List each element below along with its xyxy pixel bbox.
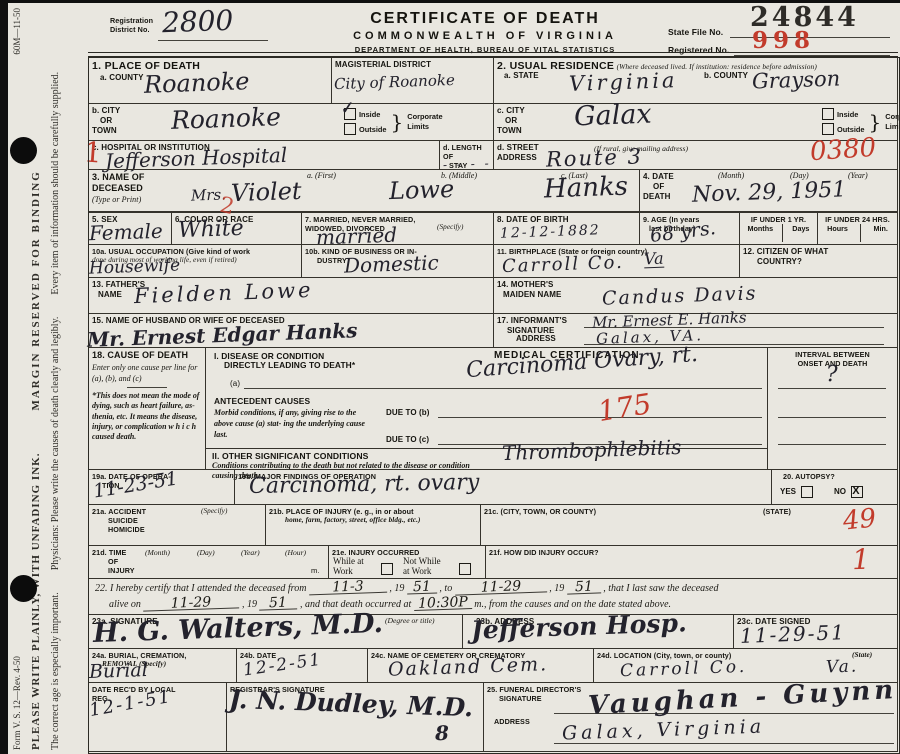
- first-name-value: Violet: [231, 179, 302, 205]
- marital-specify: (Specify): [437, 223, 463, 232]
- res-corporate-label: Corporate: [885, 112, 900, 121]
- corporate-label: Corporate: [407, 112, 442, 121]
- autopsy-no-label: NO: [834, 487, 846, 496]
- residence-county-value: Grayson: [752, 68, 841, 92]
- field-date-signed: 23c. DATE SIGNED 11-29-51: [733, 614, 898, 649]
- business-value: Domestic: [344, 252, 439, 275]
- margin-column-binding: PLEASE WRITE PLAINLY, WITH UNFADING INK.…: [30, 8, 42, 750]
- scanned-death-certificate: Form V. S. 12—Rev. 4-50 60M—11-50 PLEASE…: [0, 0, 900, 754]
- field-burial-date: 24b. DATE 12-2-51: [236, 648, 368, 683]
- field-injury-occurred: 21e. INJURY OCCURRED While at Work Not W…: [328, 545, 486, 579]
- certify-text-6: alive on: [109, 599, 141, 610]
- other-conditions-value: Thrombophlebitis: [502, 437, 682, 463]
- res-outside-checkbox: [822, 123, 834, 135]
- injury-state-label: (STATE): [763, 507, 791, 516]
- corporate-limits-cluster-residence: Inside Outside } Corporate Limits: [822, 108, 900, 135]
- time-injury-label-1: 21d. TIME: [92, 548, 126, 557]
- under24-hours: Hours: [827, 224, 848, 242]
- certify-from-value: 11-3: [309, 581, 387, 596]
- inside-checkmark: ✓: [339, 100, 354, 117]
- hospital-red-mark: 1: [83, 135, 103, 169]
- registration-district-value: 2800: [162, 7, 234, 37]
- field-magisterial-district: MAGISTERIAL DISTRICT City of Roanoke: [331, 57, 494, 104]
- age-value: 68 yrs.: [649, 219, 717, 246]
- under1-months: Months: [748, 224, 774, 242]
- brace-glyph: }: [391, 112, 404, 132]
- race-value: White: [178, 218, 244, 242]
- autopsy-no-checkbox: X: [851, 486, 863, 498]
- field-length-of-stay: d. LENGTH OF STAY - - - -: [439, 140, 494, 170]
- injury-city-label: 21c. (CITY, TOWN, OR COUNTY): [484, 507, 894, 516]
- field-sex: 5. SEX Female: [88, 212, 172, 245]
- residence-state-label: a. STATE: [504, 71, 539, 81]
- certify-time-value: 10:30P: [414, 597, 472, 611]
- certify-to-value: 11-29: [455, 580, 547, 595]
- how-injury-label: 21f. HOW DID INJURY OCCUR?: [489, 548, 894, 557]
- field-kind-of-business: 10b. KIND OF BUSINESS OR IN- DUSTRY Dome…: [301, 244, 494, 278]
- occupation-value: Housewife: [89, 257, 181, 277]
- field-husband-or-wife: 15. NAME OF HUSBAND OR WIFE OF DECEASED …: [88, 313, 494, 348]
- accident-label-2: SUICIDE: [108, 516, 262, 525]
- injury-code-stamp: 1: [852, 546, 871, 575]
- middle-name-value: Lowe: [389, 177, 455, 203]
- street-code-stamp: 0380: [809, 135, 877, 166]
- autopsy-no-x-mark: X: [852, 485, 859, 497]
- field-medical-certification: MEDICAL CERTIFICATION I. DISEASE OR COND…: [205, 347, 768, 470]
- dob-value: 12-12-1882: [500, 223, 601, 241]
- autopsy-yes-label: YES: [780, 487, 796, 496]
- field-physician-signature: 23a. SIGNATURE (Degree or title) H. G. W…: [88, 614, 463, 649]
- certificate-header: CERTIFICATE OF DEATH COMMONWEALTH OF VIR…: [340, 10, 630, 54]
- under24-title: IF UNDER 24 HRS.: [821, 215, 894, 224]
- certify-text-4: , 19: [549, 583, 564, 594]
- field-place-of-death-county: 1. PLACE OF DEATH a. COUNTY Roanoke: [88, 57, 332, 104]
- residence-county-label: b. COUNTY: [704, 71, 748, 81]
- field-cemetery: 24c. NAME OF CEMETERY OR CREMATORY Oakla…: [367, 648, 594, 683]
- cause-title: 18. CAUSE OF DEATH: [92, 350, 202, 361]
- certificate-title: CERTIFICATE OF DEATH: [340, 10, 630, 28]
- margin-correct-age: The correct age is especially important.: [50, 592, 61, 750]
- time-m-suffix: m.: [311, 566, 319, 575]
- certify-text-2: , 19: [389, 583, 404, 594]
- certify-text-7: , 19: [242, 599, 257, 610]
- margin-column-form-number: Form V. S. 12—Rev. 4-50 60M—11-50: [12, 8, 22, 750]
- field-if-under-1yr: IF UNDER 1 YR. Months Days: [739, 212, 818, 245]
- field-citizen-country: 12. CITIZEN OF WHAT COUNTRY?: [739, 244, 898, 278]
- residence-state-value: Virginia: [569, 70, 678, 95]
- time-month-label: (Month): [145, 548, 170, 557]
- margin-print-code: 60M—11-50: [12, 8, 22, 55]
- field-name-of-deceased: 3. NAME OF DECEASED (Type or Print) a. (…: [88, 169, 640, 212]
- registrar-signature-value: J. N. Dudley, M.D.: [229, 687, 474, 721]
- cause-note-2: *This does not mean the mode of dying, s…: [92, 391, 202, 442]
- section-ii-divider: [206, 448, 767, 449]
- certify-from-year: 51: [407, 581, 437, 594]
- field-burial: 24a. BURIAL, CREMATION, REMOVAL (Specify…: [88, 648, 237, 683]
- inside-label: Inside: [359, 110, 380, 119]
- informant-address-label: ADDRESS: [516, 334, 556, 344]
- not-while-work-label-1: Not While: [403, 556, 441, 566]
- field-date-of-operation: 19a. DATE OF OPERA- TION 11-23-51: [88, 469, 235, 505]
- field-how-injury-occurred: 21f. HOW DID INJURY OCCUR? 1: [485, 545, 898, 579]
- field-color-or-race: 6. COLOR OR RACE White: [171, 212, 302, 245]
- cause-code-stamp: 175: [596, 390, 653, 426]
- state-code-stamp: 49: [842, 505, 878, 534]
- funeral-address-value: Galax, Virginia: [562, 717, 766, 743]
- margin-physicians: Physicians: Please write the causes of d…: [50, 317, 61, 571]
- commonwealth-subtitle: COMMONWEALTH OF VIRGINIA: [340, 30, 630, 42]
- while-at-work-label-1: While at: [333, 556, 364, 566]
- not-while-work-label-2: at Work: [403, 566, 431, 576]
- hole-punch-bottom: [10, 575, 37, 602]
- registration-label-2: District No.: [110, 25, 153, 34]
- field-mothers-maiden-name: 14. MOTHER'S MAIDEN NAME Candus Davis: [493, 277, 898, 314]
- due-to-b-label: DUE TO (b): [386, 408, 430, 418]
- certify-text-9: m., from the causes and on the date stat…: [474, 599, 671, 610]
- disease-label-2: DIRECTLY LEADING TO DEATH*: [224, 360, 355, 371]
- sex-value: Female: [89, 221, 163, 244]
- field-age: 9. AGE (In years last birthday) 68 yrs.: [639, 212, 740, 245]
- time-year-label: (Year): [241, 548, 260, 557]
- autopsy-yes-checkbox: [801, 486, 813, 498]
- state-file-label: State File No.: [668, 27, 723, 38]
- degree-or-title-label: (Degree or title): [385, 616, 434, 625]
- margin-form-no: Form V. S. 12—Rev. 4-50: [12, 656, 22, 750]
- certify-alive-year: 51: [259, 597, 297, 611]
- accident-label-1: 21a. ACCIDENT: [92, 507, 146, 516]
- field-marital-status: 7. MARRIED, NEVER MARRIED, WIDOWED, DIVO…: [301, 212, 494, 245]
- under1-days: Days: [792, 224, 809, 242]
- magisterial-district-value: City of Roanoke: [334, 73, 455, 92]
- margin-column-instructions: The correct age is especially important.…: [50, 8, 61, 750]
- interval-label-1: INTERVAL BETWEEN: [771, 350, 894, 359]
- antecedent-label: ANTECEDENT CAUSES: [214, 396, 310, 407]
- res-outside-label: Outside: [837, 125, 865, 134]
- interval-value: ?: [826, 364, 839, 386]
- field-injury-city-state: 21c. (CITY, TOWN, OR COUNTY) (STATE) 49: [480, 504, 898, 546]
- dod-month-label: (Month): [718, 171, 744, 180]
- under24-min: Min.: [873, 224, 887, 242]
- field-date-received: DATE REC'D BY LOCAL REG. 12-1-51: [88, 682, 227, 752]
- time-day-label: (Day): [197, 548, 215, 557]
- certify-text-1: 22. I hereby certify that I attended the…: [95, 583, 306, 594]
- mother-value: Candus Davis: [602, 284, 758, 308]
- place-injury-label-2: home, farm, factory, street, office bldg…: [285, 516, 477, 525]
- field-usual-occupation: 10a. USUAL OCCUPATION (Give kind of work…: [88, 244, 302, 278]
- margin-every-item: Every item of information should be care…: [50, 72, 61, 295]
- corporate-limits-cluster-death: ✓ Inside Outside } Corporate Limits: [344, 108, 443, 135]
- res-brace-glyph: }: [869, 112, 882, 132]
- field-interval-onset-death: INTERVAL BETWEEN ONSET AND DEATH ?: [767, 347, 898, 470]
- cemetery-value: Oakland Cem.: [388, 655, 549, 680]
- citizen-label-2: COUNTRY?: [757, 257, 894, 267]
- line-a-tag: (a): [230, 379, 240, 389]
- registrar-extra-mark: 8: [435, 723, 450, 743]
- field-autopsy: 20. AUTOPSY? YES NO X: [771, 469, 898, 505]
- autopsy-label: 20. AUTOPSY?: [783, 472, 894, 481]
- county-value: Roanoke: [144, 69, 250, 97]
- field-time-of-injury: 21d. TIME (Month) (Day) (Year) (Hour) OF…: [88, 545, 329, 579]
- not-while-work-checkbox: [459, 563, 471, 575]
- outside-label: Outside: [359, 125, 387, 134]
- field-date-of-birth: 8. DATE OF BIRTH 12-12-1882: [493, 212, 640, 245]
- magisterial-district-label: MAGISTERIAL DISTRICT: [335, 60, 490, 70]
- last-name-value: Hanks: [544, 174, 629, 203]
- dod-value: Nov. 29, 1951: [692, 179, 847, 206]
- due-to-c-label: DUE TO (c): [386, 435, 429, 445]
- registered-number-stamp: 998: [752, 27, 815, 54]
- major-findings-value: Carcinoma, rt. ovary: [249, 472, 480, 498]
- field-place-of-injury: 21b. PLACE OF INJURY (e. g., in or about…: [265, 504, 481, 546]
- outside-checkbox: [344, 123, 356, 135]
- res-inside-checkbox: [822, 108, 834, 120]
- place-injury-label-1: 21b. PLACE OF INJURY (e. g., in or about: [269, 507, 477, 516]
- res-limits-label: Limits: [885, 122, 900, 131]
- time-injury-label-3: INJURY: [108, 566, 325, 575]
- res-inside-label: Inside: [837, 110, 858, 119]
- field-usual-residence: 2. USUAL RESIDENCE (Where deceased lived…: [493, 57, 898, 104]
- location-state-value: Va.: [826, 658, 859, 676]
- hospital-value: Jefferson Hospital: [105, 145, 288, 171]
- burial-label-1: 24a. BURIAL, CREMATION,: [92, 651, 233, 660]
- field-birthplace: 11. BIRTHPLACE (State or foreign country…: [493, 244, 740, 278]
- field-accident-suicide-homicide: 21a. ACCIDENT (Specify) SUICIDE HOMICIDE: [88, 504, 266, 546]
- certify-alive-value: 11-29: [143, 596, 239, 612]
- res-city-value: Galax: [574, 101, 653, 131]
- field-major-findings: 19b. MAJOR FINDINGS OF OPERATION Carcino…: [234, 469, 772, 505]
- time-hour-label: (Hour): [285, 548, 306, 557]
- physician-signature-value: H. G. Walters, M.D.: [93, 610, 384, 647]
- registration-label-1: Registration: [110, 16, 153, 25]
- location-value: Carroll Co.: [620, 659, 748, 680]
- burial-value: Burial: [89, 661, 148, 682]
- field-if-under-24hr: IF UNDER 24 HRS. Hours Min.: [817, 212, 898, 245]
- field-physician-address: 23b. ADDRESS Jefferson Hosp.: [462, 614, 734, 649]
- field-cause-of-death-notes: 18. CAUSE OF DEATH Enter only one cause …: [88, 347, 206, 470]
- morbid-note: Morbid conditions, if any, giving rise t…: [214, 408, 374, 440]
- time-injury-label-2: OF: [108, 557, 325, 566]
- field-hospital: c. HOSPITAL OR INSTITUTION Jefferson Hos…: [88, 140, 440, 170]
- margin-reserved-binding: MARGIN RESERVED FOR BINDING: [30, 170, 42, 410]
- while-at-work-checkbox: [381, 563, 393, 575]
- certify-text-3: , to: [439, 583, 452, 594]
- occupation-label-1: 10a. USUAL OCCUPATION (Give kind of work: [92, 247, 298, 256]
- cause-note-1: Enter only one cause per line for (a), (…: [92, 363, 202, 384]
- dod-year-label: (Year): [848, 171, 868, 180]
- birthplace-value: Carroll Co.: [502, 254, 624, 276]
- field-registrar-signature: REGISTRAR'S SIGNATURE J. N. Dudley, M.D.…: [226, 682, 484, 752]
- field-certify-statement: 22. I hereby certify that I attended the…: [88, 578, 898, 615]
- street-value: Route 3: [546, 146, 644, 170]
- field-city-or-town-death: b. CITY OR TOWN Roanoke ✓ Inside Outside…: [88, 103, 494, 141]
- birthplace-state-value: Va: [644, 251, 664, 269]
- certify-to-year: 51: [567, 581, 601, 594]
- while-at-work-label-2: Work: [333, 566, 353, 576]
- father-value: Fielden Lowe: [134, 280, 314, 307]
- funeral-address-label: ADDRESS: [494, 717, 530, 726]
- under1-title: IF UNDER 1 YR.: [743, 215, 814, 224]
- date-signed-value: 11-29-51: [740, 622, 847, 646]
- field-funeral-director: 25. FUNERAL DIRECTOR'S SIGNATURE Vaughan…: [483, 682, 898, 752]
- citizen-label-1: 12. CITIZEN OF WHAT: [743, 247, 894, 257]
- field-date-of-death: 4. DATE OF DEATH (Month) (Day) (Year) No…: [639, 169, 898, 212]
- field-street-address: d. STREET ADDRESS (If rural, give mailin…: [493, 140, 898, 170]
- hole-punch-top: [10, 137, 37, 164]
- certify-text-5: , that I last saw the deceased: [603, 583, 718, 594]
- accident-specify: (Specify): [201, 507, 227, 516]
- first-name-label: a. (First): [307, 171, 336, 180]
- field-fathers-name: 13. FATHER'S NAME Fielden Lowe: [88, 277, 494, 314]
- limits-label: Limits: [407, 122, 429, 131]
- margin-write-plainly: PLEASE WRITE PLAINLY, WITH UNFADING INK.: [30, 453, 42, 750]
- registration-district-block: Registration District No.: [110, 16, 153, 34]
- physician-address-value: Jefferson Hosp.: [471, 610, 687, 643]
- city-value: Roanoke: [171, 104, 282, 133]
- accident-label-3: HOMICIDE: [108, 525, 262, 534]
